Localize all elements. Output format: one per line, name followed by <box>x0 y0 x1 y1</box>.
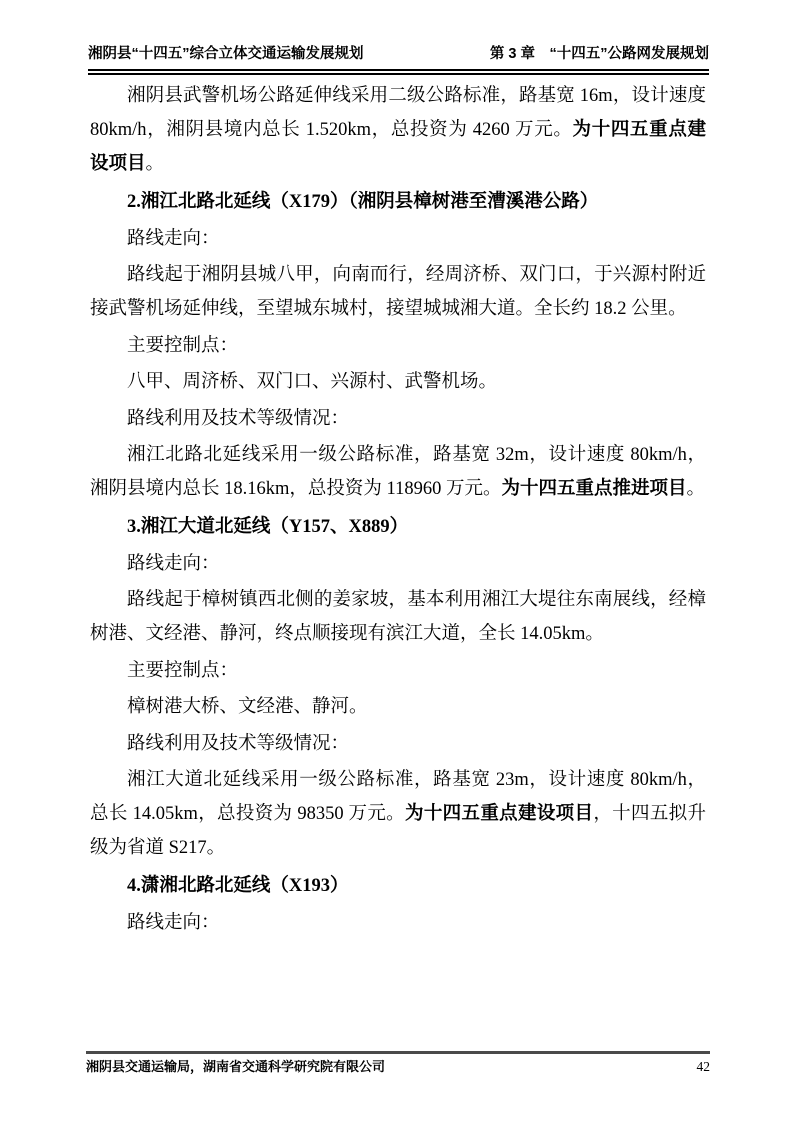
text-run: 八甲、周济桥、双门口、兴源村、武警机场。 <box>127 372 497 392</box>
text-run: 主要控制点： <box>127 661 238 681</box>
paragraph: 八甲、周济桥、双门口、兴源村、武警机场。 <box>90 365 706 399</box>
text-run: 路线利用及技术等级情况： <box>127 734 349 754</box>
paragraph: 路线利用及技术等级情况： <box>90 402 706 436</box>
bold-text-run: 为十四五重点建设项目 <box>405 804 593 824</box>
page-number: 42 <box>697 1058 711 1076</box>
paragraph: 湘江大道北延线采用一级公路标准，路基宽 23m，设计速度 80km/h，总长 1… <box>90 763 706 865</box>
paragraph: 主要控制点： <box>90 329 706 363</box>
paragraph: 路线走向： <box>90 906 706 940</box>
text-run: 路线走向： <box>127 913 220 933</box>
text-run: 路线起于湘阴县城八甲，向南而行，经周济桥、双门口，于兴源村附近接武警机场延伸线，… <box>90 265 706 319</box>
section-heading: 3.湘江大道北延线（Y157、X889） <box>90 510 706 544</box>
bold-text-run: 为十四五重点推进项目 <box>501 479 686 499</box>
text-run: 。 <box>686 479 705 499</box>
section-heading: 2.湘江北路北延线（X179）（湘阴县樟树港至漕溪港公路） <box>90 185 706 219</box>
text-run: 路线走向： <box>127 229 220 249</box>
paragraph: 路线走向： <box>90 222 706 256</box>
header-rule-thick <box>88 73 709 76</box>
header-right-title: 第 3 章 “十四五”公路网发展规划 <box>490 44 709 64</box>
paragraph: 主要控制点： <box>90 654 706 688</box>
paragraph: 湘江北路北延线采用一级公路标准，路基宽 32m，设计速度 80km/h，湘阴县境… <box>90 438 706 506</box>
footer-organization: 湘阴县交通运输局，湖南省交通科学研究院有限公司 <box>86 1058 385 1076</box>
document-body: 湘阴县武警机场公路延伸线采用二级公路标准，路基宽 16m，设计速度 80km/h… <box>90 79 706 942</box>
text-run: 主要控制点： <box>127 336 238 356</box>
bold-text-run: 4.潇湘北路北延线（X193） <box>127 876 349 896</box>
text-run: 。 <box>146 154 165 174</box>
text-run: 路线利用及技术等级情况： <box>127 409 349 429</box>
document-page: { "header": { "left": "湘阴县“十四五”综合立体交通运输发… <box>0 0 793 1122</box>
paragraph: 湘阴县武警机场公路延伸线采用二级公路标准，路基宽 16m，设计速度 80km/h… <box>90 79 706 181</box>
paragraph: 樟树港大桥、文经港、静河。 <box>90 690 706 724</box>
paragraph: 路线起于湘阴县城八甲，向南而行，经周济桥、双门口，于兴源村附近接武警机场延伸线，… <box>90 258 706 326</box>
paragraph: 路线起于樟树镇西北侧的姜家坡，基本利用湘江大堤往东南展线，经樟树港、文经港、静河… <box>90 583 706 651</box>
header-double-rule <box>88 69 709 75</box>
text-run: 路线走向： <box>127 554 220 574</box>
bold-text-run: 2.湘江北路北延线（X179）（湘阴县樟树港至漕溪港公路） <box>127 192 598 212</box>
page-footer: 湘阴县交通运输局，湖南省交通科学研究院有限公司 42 <box>86 1051 710 1076</box>
paragraph: 路线走向： <box>90 547 706 581</box>
text-run: 路线起于樟树镇西北侧的姜家坡，基本利用湘江大堤往东南展线，经樟树港、文经港、静河… <box>90 590 706 644</box>
page-header: 湘阴县“十四五”综合立体交通运输发展规划 第 3 章 “十四五”公路网发展规划 <box>88 44 709 75</box>
section-heading: 4.潇湘北路北延线（X193） <box>90 869 706 903</box>
text-run: 樟树港大桥、文经港、静河。 <box>127 697 368 717</box>
header-left-title: 湘阴县“十四五”综合立体交通运输发展规划 <box>88 44 364 64</box>
footer-rule <box>86 1051 710 1054</box>
paragraph: 路线利用及技术等级情况： <box>90 727 706 761</box>
bold-text-run: 3.湘江大道北延线（Y157、X889） <box>127 517 408 537</box>
